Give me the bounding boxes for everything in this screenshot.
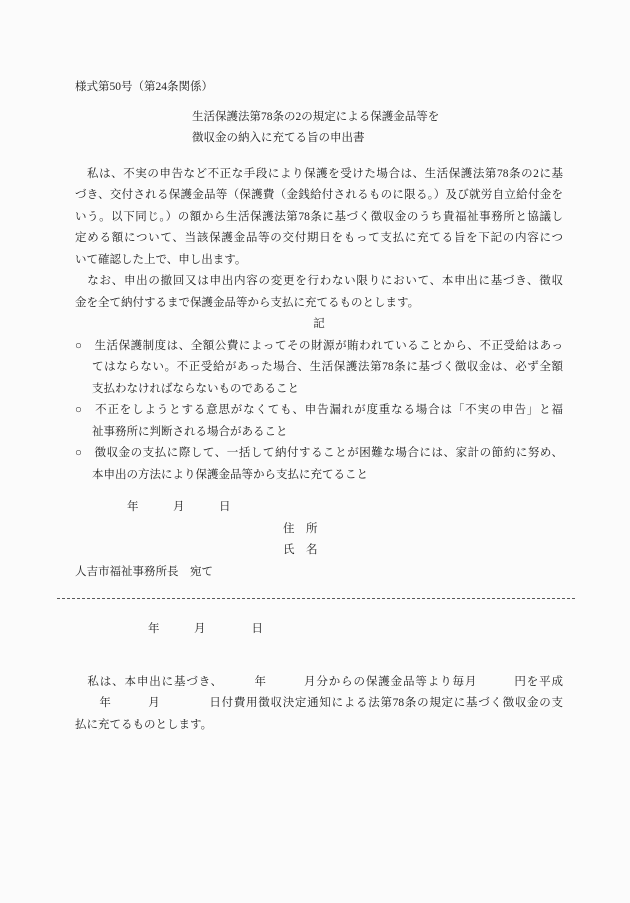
main-paragraph: 私は、不実の申告など不正な手段により保護を受けた場合は、生活保護法第78条の2に… <box>75 164 563 315</box>
document-page: 様式第50号（第24条関係） 生活保護法第78条の2の規定による保護金品等を 徴… <box>0 0 630 903</box>
paragraph-line: なお、申出の撤回又は申出内容の変更を行わない限りにおいて、本申出に基づき、徴収 <box>75 271 563 293</box>
lower-date-blank: 年 月 日 <box>75 619 563 641</box>
bullet-item-line: ○ 不正をしようとする意思がなくても、申告漏れが度重なる場合は「不実の申告」と福 <box>75 400 563 422</box>
document-title-line-1: 生活保護法第78条の2の規定による保護金品等を <box>192 107 563 129</box>
paragraph-line: いう。以下同じ。）の額から生活保護法第78条に基づく徴収金のうち貴福祉事務所と協… <box>75 207 563 229</box>
document-title-line-2: 徴収金の納入に充てる旨の申出書 <box>192 128 563 150</box>
address-label: 住 所 <box>75 519 563 541</box>
lower-paragraph-line: 私は、本申出に基づき、 年 月分からの保護金品等より毎月 円を平成 <box>75 672 563 694</box>
document-title: 生活保護法第78条の2の規定による保護金品等を 徴収金の納入に充てる旨の申出書 <box>75 107 563 150</box>
addressee: 人吉市福祉事務所長 宛て <box>75 562 563 584</box>
bullet-list: ○ 生活保護制度は、全額公費によってその財源が賄われていることから、不正受給はあ… <box>75 336 563 487</box>
lower-paragraph-line: 払に充てるものとします。 <box>75 715 563 737</box>
lower-paragraph-line: 年 月 日付費用徴収決定通知による法第78条の規定に基づく徴収金の支 <box>75 693 563 715</box>
bullet-item-line: 祉事務所に判断される場合があること <box>75 422 563 444</box>
bullet-item-line: ○ 生活保護制度は、全額公費によってその財源が賄われていることから、不正受給はあ… <box>75 336 563 358</box>
paragraph-line: 金を全て納付するまで保護金品等から支払に充てるものとします。 <box>75 293 563 315</box>
signature-date-blank: 年 月 日 <box>75 497 563 519</box>
lower-paragraph: 私は、本申出に基づき、 年 月分からの保護金品等より毎月 円を平成 年 月 日付… <box>75 672 563 737</box>
list-heading: 記 <box>75 314 563 336</box>
paragraph-line: 私は、不実の申告など不正な手段により保護を受けた場合は、生活保護法第78条の2に… <box>75 164 563 186</box>
bullet-item-line: 支払わなければならないものであること <box>75 379 563 401</box>
form-number: 様式第50号（第24条関係） <box>75 77 563 99</box>
bullet-item-line: てはならない。不正受給があった場合、生活保護法第78条に基づく徴収金は、必ず全額 <box>75 357 563 379</box>
paragraph-line: 定める額について、当該保護金品等の交付期日をもって支払に充てる旨を下記の内容につ <box>75 228 563 250</box>
bullet-item-line: 本申出の方法により保護金品等から支払に充てること <box>75 465 563 487</box>
cut-separator-line <box>57 598 575 599</box>
name-label: 氏 名 <box>75 540 563 562</box>
paragraph-line: づき、交付される保護金品等（保護費（金銭給付されるものに限る。）及び就労自立給付… <box>75 185 563 207</box>
paragraph-line: いて確認した上で、申し出ます。 <box>75 250 563 272</box>
bullet-item-line: ○ 徴収金の支払に際して、一括して納付することが困難な場合には、家計の節約に努め… <box>75 443 563 465</box>
